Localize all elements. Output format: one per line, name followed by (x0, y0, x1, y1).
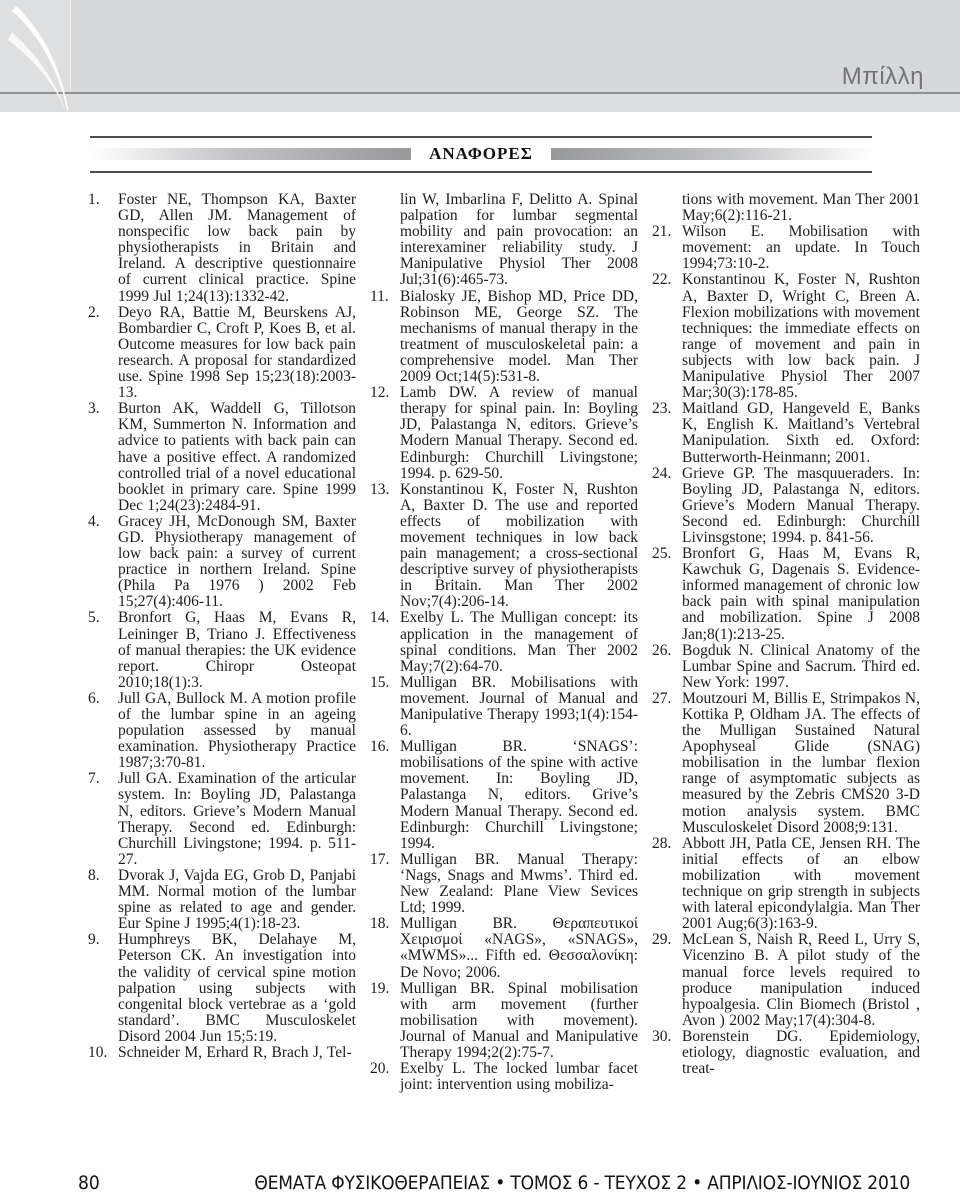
gradient-bar-right (551, 148, 872, 160)
reference-text: Grieve GP. The masquueraders. In: Boylin… (682, 465, 920, 546)
reference-item: 25.Bronfort G, Haas M, Evans R, Kawchuk … (652, 546, 920, 643)
reference-number: 1. (88, 192, 100, 208)
section-rule-top (90, 136, 872, 138)
reference-number: 18. (370, 916, 389, 932)
reference-text: Bialosky JE, Bishop MD, Price DD, Robins… (400, 288, 638, 385)
reference-text: Burton AK, Waddell G, Tillotson KM, Summ… (118, 400, 356, 514)
reference-item: 19.Mulligan BR. Spinal mobilisation with… (370, 981, 638, 1061)
reference-item: 3.Burton AK, Waddell G, Tillotson KM, Su… (88, 401, 356, 514)
reference-number: 12. (370, 385, 389, 401)
reference-number: 26. (652, 643, 671, 659)
reference-item: 4.Gracey JH, McDonough SM, Baxter GD. Ph… (88, 514, 356, 611)
reference-column-2: lin W, Imbarlina F, Delitto A. Spinal pa… (370, 192, 638, 1093)
reference-number: 16. (370, 739, 389, 755)
reference-item: 12.Lamb DW. A review of manual therapy f… (370, 385, 638, 482)
reference-text: Lamb DW. A review of manual therapy for … (400, 384, 638, 481)
journal-title: ΘΕΜΑΤΑ ΦΥΣΙΚΟΘΕΡΑΠΕΙΑΣ • ΤΟΜΟΣ 6 - ΤΕΥΧΟ… (254, 1172, 910, 1194)
reference-text: Mulligan BR. Manual Therapy: ‘Nags, Snag… (400, 851, 638, 916)
reference-number: 14. (370, 610, 389, 626)
section-rule-bottom (90, 171, 872, 173)
reference-text: Exelby L. The Mulligan concept: its appl… (400, 609, 638, 674)
gradient-bar-left (90, 148, 411, 160)
reference-number: 22. (652, 272, 671, 288)
reference-number: 3. (88, 401, 100, 417)
section-title: ΑΝΑΦΟΡΕΣ (429, 144, 533, 164)
reference-number: 9. (88, 932, 100, 948)
reference-number: 4. (88, 514, 100, 530)
reference-item: 22.Konstantinou K, Foster N, Rushton A, … (652, 272, 920, 401)
reference-number: 5. (88, 610, 100, 626)
header-substrip (0, 94, 960, 112)
reference-number: 21. (652, 224, 671, 240)
reference-item: 2.Deyo RA, Battie M, Beurskens AJ, Bomba… (88, 305, 356, 402)
reference-text: tions with movement. Man Ther 2001 May;6… (682, 191, 920, 224)
reference-item: 21.Wilson E. Mobilisation with movement:… (652, 224, 920, 272)
reference-number: 25. (652, 546, 671, 562)
reference-item: 20.Exelby L. The locked lumbar facet joi… (370, 1061, 638, 1093)
page: Μπίλλη ΑΝΑΦΟΡΕΣ 1.Foster NE, Thompson KA… (0, 0, 960, 1202)
reference-text: Humphreys BK, Delahaye M, Peterson CK. A… (118, 931, 356, 1045)
reference-text: Maitland GD, Hangeveld E, Banks K, Engli… (682, 400, 920, 465)
reference-item: 18.Mulligan BR. Θεραπευτικοί Χειρισμοί «… (370, 916, 638, 980)
reference-text: Konstantinou K, Foster N, Rushton A, Bax… (400, 481, 638, 611)
reference-number: 28. (652, 836, 671, 852)
reference-item: 5.Bronfort G, Haas M, Evans R, Leininger… (88, 610, 356, 690)
reference-number: 15. (370, 675, 389, 691)
reference-item: tions with movement. Man Ther 2001 May;6… (652, 192, 920, 224)
reference-number: 20. (370, 1061, 389, 1077)
reference-item: 6.Jull GA, Bullock M. A motion profile o… (88, 691, 356, 771)
reference-number: 29. (652, 932, 671, 948)
swoosh-icon (2, 4, 88, 114)
reference-text: Deyo RA, Battie M, Beurskens AJ, Bombard… (118, 304, 356, 401)
reference-number: 24. (652, 466, 671, 482)
reference-number: 27. (652, 691, 671, 707)
references-columns: 1.Foster NE, Thompson KA, Baxter GD, All… (88, 192, 920, 1093)
reference-text: Jull GA, Bullock M. A motion profile of … (118, 690, 356, 771)
reference-text: Wilson E. Mobilisation with movement: an… (682, 223, 920, 272)
reference-text: Moutzouri M, Billis E, Strimpakos N, Kot… (682, 690, 920, 836)
reference-item: 16.Mulligan BR. ‘SNAGS’: mobilisations o… (370, 739, 638, 852)
reference-text: Mulligan BR. Mobilisations with movement… (400, 674, 638, 739)
reference-text: Bronfort G, Haas M, Evans R, Leininger B… (118, 609, 356, 690)
reference-number: 19. (370, 981, 389, 997)
reference-column-3: tions with movement. Man Ther 2001 May;6… (652, 192, 920, 1093)
reference-text: Bronfort G, Haas M, Evans R, Kawchuk G, … (682, 545, 920, 642)
reference-text: Schneider M, Erhard R, Brach J, Tel- (118, 1044, 352, 1061)
reference-number: 30. (652, 1029, 671, 1045)
reference-text: Dvorak J, Vajda EG, Grob D, Panjabi MM. … (118, 867, 356, 932)
reference-text: lin W, Imbarlina F, Delitto A. Spinal pa… (400, 191, 638, 288)
reference-item: 11.Bialosky JE, Bishop MD, Price DD, Rob… (370, 289, 638, 386)
references-section-header: ΑΝΑΦΟΡΕΣ (90, 136, 872, 173)
reference-item: 7.Jull GA. Examination of the articular … (88, 771, 356, 868)
reference-number: 11. (370, 289, 389, 305)
reference-number: 6. (88, 691, 100, 707)
reference-item: 8.Dvorak J, Vajda EG, Grob D, Panjabi MM… (88, 868, 356, 932)
page-number: 80 (78, 1172, 100, 1194)
reference-text: Konstantinou K, Foster N, Rushton A, Bax… (682, 271, 920, 401)
reference-text: Exelby L. The locked lumbar facet joint:… (400, 1060, 638, 1093)
reference-number: 10. (88, 1045, 107, 1061)
reference-text: Mulligan BR. Θεραπευτικοί Χειρισμοί «NAG… (400, 915, 638, 980)
reference-item: 10.Schneider M, Erhard R, Brach J, Tel- (88, 1045, 356, 1061)
reference-item: 15.Mulligan BR. Mobilisations with movem… (370, 675, 638, 739)
reference-item: 30.Borenstein DG. Epidemiology, etiology… (652, 1029, 920, 1077)
section-bar-row: ΑΝΑΦΟΡΕΣ (90, 144, 872, 164)
reference-number: 17. (370, 852, 389, 868)
reference-item: 26.Bogduk N. Clinical Anatomy of the Lum… (652, 643, 920, 691)
reference-text: Gracey JH, McDonough SM, Baxter GD. Phys… (118, 513, 356, 610)
reference-text: Mulligan BR. Spinal mobilisation with ar… (400, 980, 638, 1061)
reference-text: Foster NE, Thompson KA, Baxter GD, Allen… (118, 191, 356, 305)
reference-item: 23.Maitland GD, Hangeveld E, Banks K, En… (652, 401, 920, 465)
reference-text: McLean S, Naish R, Reed L, Urry S, Vicen… (682, 931, 920, 1028)
author-name: Μπίλλη (842, 64, 924, 90)
reference-item: 29.McLean S, Naish R, Reed L, Urry S, Vi… (652, 932, 920, 1029)
reference-item: 1.Foster NE, Thompson KA, Baxter GD, All… (88, 192, 356, 305)
reference-text: Jull GA. Examination of the articular sy… (118, 770, 356, 867)
reference-number: 13. (370, 482, 389, 498)
header-band: Μπίλλη (0, 0, 960, 112)
reference-item: 14.Exelby L. The Mulligan concept: its a… (370, 610, 638, 674)
reference-item: 27.Moutzouri M, Billis E, Strimpakos N, … (652, 691, 920, 836)
reference-item: 24.Grieve GP. The masquueraders. In: Boy… (652, 466, 920, 546)
reference-column-1: 1.Foster NE, Thompson KA, Baxter GD, All… (88, 192, 356, 1093)
reference-number: 8. (88, 868, 100, 884)
reference-item: lin W, Imbarlina F, Delitto A. Spinal pa… (370, 192, 638, 289)
reference-text: Borenstein DG. Epidemiology, etiology, d… (682, 1028, 920, 1077)
reference-item: 17.Mulligan BR. Manual Therapy: ‘Nags, S… (370, 852, 638, 916)
reference-item: 9.Humphreys BK, Delahaye M, Peterson CK.… (88, 932, 356, 1045)
reference-text: Mulligan BR. ‘SNAGS’: mobilisations of t… (400, 738, 638, 852)
reference-number: 23. (652, 401, 671, 417)
reference-number: 7. (88, 771, 100, 787)
reference-text: Abbott JH, Patla CE, Jensen RH. The init… (682, 835, 920, 932)
footer: 80 ΘΕΜΑΤΑ ΦΥΣΙΚΟΘΕΡΑΠΕΙΑΣ • ΤΟΜΟΣ 6 - ΤΕ… (0, 1170, 960, 1194)
reference-text: Bogduk N. Clinical Anatomy of the Lumbar… (682, 642, 920, 691)
reference-item: 13.Konstantinou K, Foster N, Rushton A, … (370, 482, 638, 611)
reference-number: 2. (88, 305, 100, 321)
reference-item: 28.Abbott JH, Patla CE, Jensen RH. The i… (652, 836, 920, 933)
